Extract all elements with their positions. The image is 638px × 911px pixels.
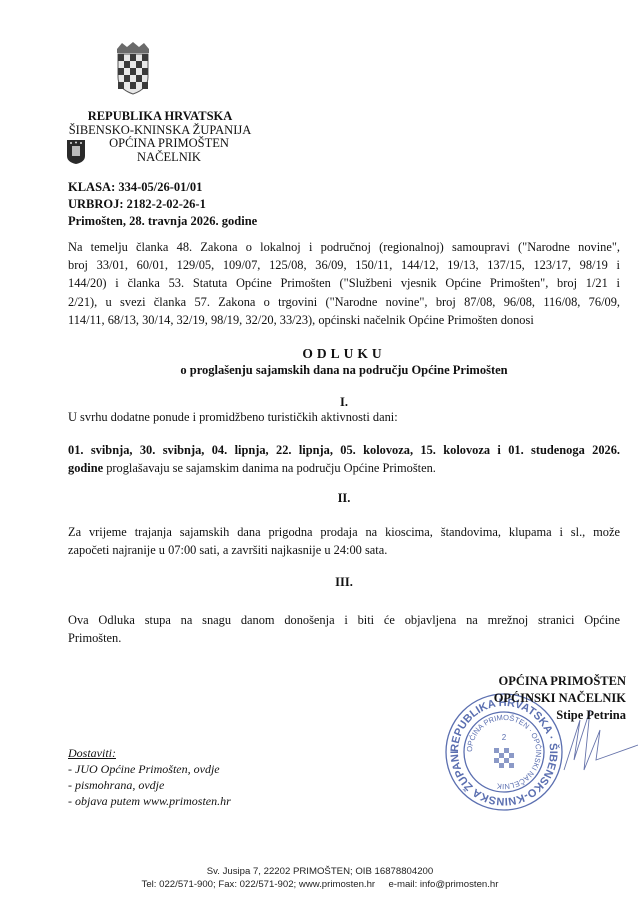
svg-text:OPĆINA PRIMOŠTEN · OPĆINSKI NA: OPĆINA PRIMOŠTEN · OPĆINSKI NAČELNIK xyxy=(465,713,543,791)
office-name: NAČELNIK xyxy=(60,151,260,165)
footer-address: Sv. Jusipa 7, 22202 PRIMOŠTEN; OIB 16878… xyxy=(100,866,540,877)
section-3-text: Ova Odluka stupa na snagu danom donošenj… xyxy=(68,611,620,647)
klasa: KLASA: 334-05/26-01/01 xyxy=(68,179,257,196)
decision-subtitle: o proglašenju sajamskih dana na području… xyxy=(68,363,620,378)
urbroj: URBROJ: 2182-2-02-26-1 xyxy=(68,196,257,213)
preamble-line: 2/21), u svezi članka 57. Zakona o trgov… xyxy=(68,293,620,311)
signature-municipality: OPĆINA PRIMOŠTEN xyxy=(436,673,626,690)
section-1-intro: U svrhu dodatne ponude i promidžbeno tur… xyxy=(68,408,620,426)
preamble-line: 144/20) i članka 53. Statuta Općine Prim… xyxy=(68,274,620,292)
section-2-number: II. xyxy=(68,491,620,506)
godine: godine xyxy=(68,461,103,475)
municipality-name: OPĆINA PRIMOŠTEN xyxy=(60,137,260,151)
signature-title: OPĆINSKI NAČELNIK xyxy=(436,690,626,707)
preamble-line: broj 33/01, 60/01, 129/05, 109/07, 125/0… xyxy=(68,256,620,274)
letterhead: REPUBLIKA HRVATSKA ŠIBENSKO-KNINSKA ŽUPA… xyxy=(60,110,260,164)
fair-dates: 01. svibnja, 30. svibnja, 04. lipnja, 22… xyxy=(68,441,620,459)
section-1-dates: 01. svibnja, 30. svibnja, 04. lipnja, 22… xyxy=(68,441,620,477)
preamble: Na temelju članka 48. Zakona o lokalnoj … xyxy=(68,238,620,329)
footer-contact: Tel: 022/571-900; Fax: 022/571-902; www.… xyxy=(100,879,540,890)
section-2-text: Za vrijeme trajanja sajamskih dana prigo… xyxy=(68,523,620,559)
place-date: Primošten, 28. travnja 2026. godine xyxy=(68,213,257,230)
document-meta: KLASA: 334-05/26-01/01 URBROJ: 2182-2-02… xyxy=(68,179,257,230)
distribution-item: - JUO Općine Primošten, ovdje xyxy=(68,761,231,777)
country-name: REPUBLIKA HRVATSKA xyxy=(60,110,260,124)
distribution-label: Dostaviti: xyxy=(68,745,231,761)
preamble-line: Na temelju članka 48. Zakona o lokalnoj … xyxy=(68,238,620,256)
signature-name: Stipe Petrina xyxy=(436,707,626,724)
preamble-line: 114/11, 68/13, 30/14, 32/19, 98/19, 32/2… xyxy=(68,311,620,329)
primosten-coat-of-arms-icon xyxy=(66,139,86,165)
croatian-coat-of-arms-icon xyxy=(115,41,151,95)
section-3-number: III. xyxy=(68,575,620,590)
distribution-list: Dostaviti: - JUO Općine Primošten, ovdje… xyxy=(68,745,231,809)
distribution-item: - pismohrana, ovdje xyxy=(68,777,231,793)
county-name: ŠIBENSKO-KNINSKA ŽUPANIJA xyxy=(60,124,260,138)
distribution-item: - objava putem www.primosten.hr xyxy=(68,793,231,809)
svg-text:2: 2 xyxy=(502,733,507,742)
decision-title: ODLUKU xyxy=(68,346,620,362)
signature-block: OPĆINA PRIMOŠTEN OPĆINSKI NAČELNIK Stipe… xyxy=(436,673,626,724)
